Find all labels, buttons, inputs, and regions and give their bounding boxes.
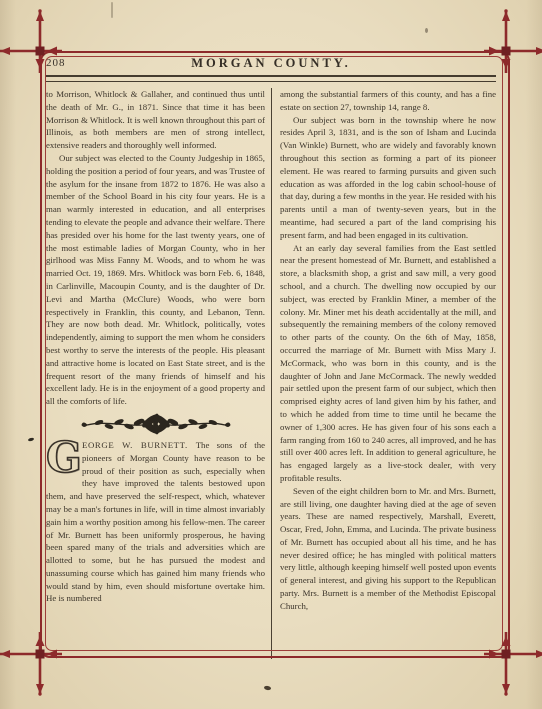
leaf-fleuron-icon [81,413,231,435]
subject-name-lead: EORGE W. BURNETT. [82,440,196,450]
column-divider-rule [271,88,272,659]
paragraph: Seven of the eight children born to Mr. … [280,485,496,613]
paragraph: Our subject was elected to the County Ju… [46,152,265,408]
biography-opening-paragraph: GEORGE W. BURNETT. The sons of the pione… [46,439,265,605]
header-rule [46,75,496,82]
ink-speck [264,685,272,690]
paragraph: among the substantial farmers of this co… [280,88,496,114]
book-page: 208 MORGAN COUNTY. to Morrison, Whitlock… [0,0,542,709]
right-column: among the substantial farmers of this co… [280,88,496,663]
scan-artifact [111,2,113,18]
ink-speck [425,28,428,33]
paragraph: Our subject was born in the township whe… [280,114,496,242]
left-column: to Morrison, Whitlock & Gallaher, and co… [46,88,265,663]
page-title: MORGAN COUNTY. [46,56,496,71]
page-content: 208 MORGAN COUNTY. to Morrison, Whitlock… [46,56,496,663]
drop-cap-initial: G [46,441,79,478]
paragraph: At an early day several families from th… [280,242,496,485]
running-head: 208 MORGAN COUNTY. [46,56,496,73]
ink-speck [28,437,35,441]
paragraph: to Morrison, Whitlock & Gallaher, and co… [46,88,265,152]
text-columns: to Morrison, Whitlock & Gallaher, and co… [46,88,496,663]
